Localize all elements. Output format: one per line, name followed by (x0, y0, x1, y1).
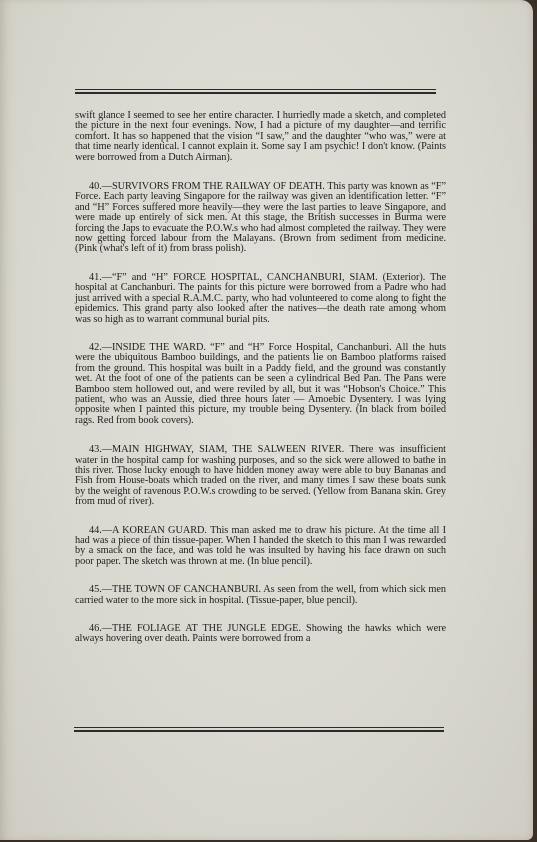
entry-title: MAIN HIGHWAY, SIAM, THE SALWEEN RIVER. (112, 444, 344, 455)
entry-title: A KOREAN GUARD. (112, 525, 207, 536)
entry-title: THE FOLIAGE AT THE JUNGLE EDGE. (112, 623, 301, 634)
entry-body: There was insufficient water in the hosp… (75, 444, 446, 507)
entry-number: 41. (89, 272, 102, 283)
entry-title: INSIDE THE WARD. (112, 342, 206, 353)
entry-dash: — (102, 342, 112, 353)
continued-paragraph: swift glance I seemed to see her entire … (75, 111, 446, 163)
entry-41: 41.—“F” and “H” FORCE HOSPITAL, CANCHANB… (75, 273, 446, 325)
entry-dash: — (102, 584, 112, 595)
book-page: swift glance I seemed to see her entire … (0, 0, 533, 840)
entry-title: THE TOWN OF CANCHANBURI. (112, 584, 261, 595)
entry-number: 43. (89, 444, 102, 455)
entry-dash: — (102, 525, 112, 536)
entry-number: 44. (89, 525, 102, 536)
entry-title: SURVIVORS FROM THE RAILWAY OF DEATH. (112, 181, 325, 192)
entry-dash: — (102, 181, 112, 192)
entry-dash: — (102, 272, 112, 283)
top-double-rule (75, 89, 436, 94)
entry-44: 44.—A KOREAN GUARD. This man asked me to… (75, 526, 446, 568)
entry-number: 46. (89, 623, 102, 634)
page-body-text: swift glance I seemed to see her entire … (75, 111, 446, 665)
entry-title: “F” and “H” FORCE HOSPITAL, CANCHANBURI,… (112, 272, 378, 283)
bottom-double-rule (74, 727, 444, 732)
entry-body: This party was known as “F” Force. Each … (75, 181, 446, 254)
entry-43: 43.—MAIN HIGHWAY, SIAM, THE SALWEEN RIVE… (75, 445, 446, 507)
entry-number: 42. (89, 342, 102, 353)
entry-number: 40. (89, 181, 102, 192)
entry-dash: — (102, 623, 112, 634)
continuation-text: swift glance I seemed to see her entire … (75, 110, 446, 163)
entry-body: “F” and “H” Force Hospital, Canchanburi.… (75, 342, 446, 426)
entry-40: 40.—SURVIVORS FROM THE RAILWAY OF DEATH.… (75, 182, 446, 255)
entry-dash: — (102, 444, 112, 455)
entry-number: 45. (89, 584, 102, 595)
entry-46: 46.—THE FOLIAGE AT THE JUNGLE EDGE. Show… (75, 624, 446, 645)
entry-42: 42.—INSIDE THE WARD. “F” and “H” Force H… (75, 343, 446, 426)
entry-45: 45.—THE TOWN OF CANCHANBURI. As seen fro… (75, 585, 446, 606)
